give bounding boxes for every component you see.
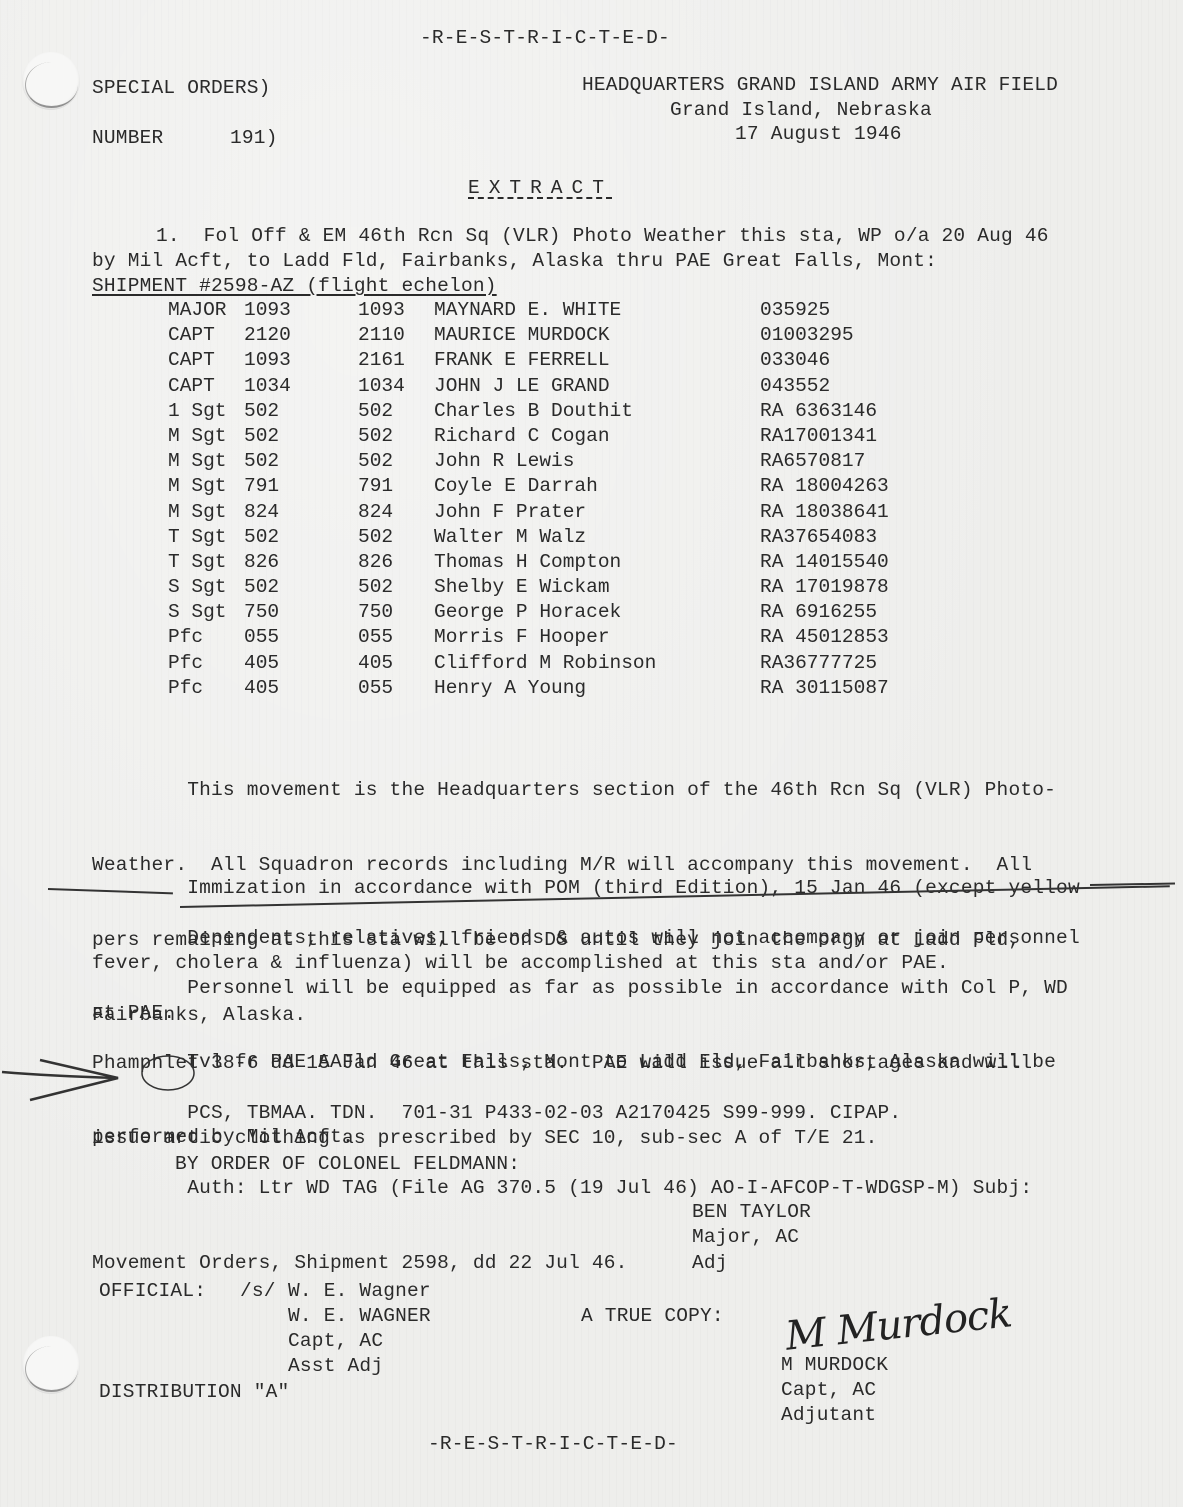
mos-primary: 1093 — [244, 348, 291, 373]
by-order-line: BY ORDER OF COLONEL FELDMANN: — [175, 1152, 520, 1177]
member-name: Coyle E Darrah — [434, 474, 598, 499]
order-number: 191) — [230, 126, 278, 151]
serial-number: 043552 — [760, 374, 830, 399]
true-copy-name: M MURDOCK — [781, 1353, 888, 1378]
serial-number: RA17001341 — [760, 424, 877, 449]
mos-duty: 826 — [358, 550, 393, 575]
serial-number: RA 30115087 — [760, 676, 889, 701]
member-name: MAYNARD E. WHITE — [434, 298, 621, 323]
rank: T Sgt — [168, 550, 227, 575]
member-name: John R Lewis — [434, 449, 574, 474]
serial-number: RA37654083 — [760, 525, 877, 550]
mos-primary: 1034 — [244, 374, 291, 399]
mos-primary: 824 — [244, 500, 279, 525]
para2-line: This movement is the Headquarters sectio… — [92, 778, 1056, 803]
mos-duty: 2161 — [358, 348, 405, 373]
member-name: MAURICE MURDOCK — [434, 323, 610, 348]
member-name: JOHN J LE GRAND — [434, 374, 610, 399]
member-name: Thomas H Compton — [434, 550, 621, 575]
mos-duty: 405 — [358, 651, 393, 676]
official-label: OFFICIAL: — [99, 1279, 206, 1304]
mos-primary: 502 — [244, 449, 279, 474]
special-orders-label: SPECIAL ORDERS) — [92, 76, 271, 101]
para7-line: Movement Orders, Shipment 2598, dd 22 Ju… — [92, 1251, 1032, 1276]
signatory-rank: Major, AC — [692, 1225, 799, 1250]
member-name: Charles B Douthit — [434, 399, 633, 424]
rank: 1 Sgt — [168, 399, 227, 424]
member-name: FRANK E FERRELL — [434, 348, 610, 373]
mos-duty: 502 — [358, 424, 393, 449]
mos-duty: 824 — [358, 500, 393, 525]
official-signed-marker: /s/ — [240, 1279, 276, 1304]
mos-duty: 055 — [358, 625, 393, 650]
serial-number: RA 18004263 — [760, 474, 889, 499]
mos-primary: 750 — [244, 600, 279, 625]
mos-duty: 502 — [358, 525, 393, 550]
rank: MAJOR — [168, 298, 227, 323]
serial-number: RA 14015540 — [760, 550, 889, 575]
rank: M Sgt — [168, 474, 227, 499]
rank: Pfc — [168, 676, 203, 701]
mos-primary: 791 — [244, 474, 279, 499]
mos-primary: 502 — [244, 525, 279, 550]
mos-duty: 750 — [358, 600, 393, 625]
serial-number: 033046 — [760, 348, 830, 373]
order-date: 17 August 1946 — [735, 122, 902, 147]
mos-primary: 055 — [244, 625, 279, 650]
serial-number: RA6570817 — [760, 449, 865, 474]
mos-primary: 502 — [244, 424, 279, 449]
mos-duty: 2110 — [358, 323, 405, 348]
para1-line2: by Mil Acft, to Ladd Fld, Fairbanks, Ala… — [92, 249, 937, 274]
para1-line1: 1. Fol Off & EM 46th Rcn Sq (VLR) Photo … — [156, 224, 1049, 249]
member-name: Henry A Young — [434, 676, 586, 701]
classification-top: -R-E-S-T-R-I-C-T-E-D- — [420, 26, 670, 51]
rank: S Sgt — [168, 575, 227, 600]
member-name: Richard C Cogan — [434, 424, 610, 449]
document-page: -R-E-S-T-R-I-C-T-E-D- SPECIAL ORDERS) NU… — [0, 0, 1183, 1507]
member-name: Clifford M Robinson — [434, 651, 656, 676]
mos-primary: 405 — [244, 651, 279, 676]
signatory-title: Adj — [692, 1251, 728, 1276]
mos-duty: 1093 — [358, 298, 405, 323]
headquarters-name: HEADQUARTERS GRAND ISLAND ARMY AIR FIELD — [582, 73, 1058, 98]
para5-line: Personnel will be equipped as far as pos… — [92, 976, 1068, 1001]
mos-primary: 2120 — [244, 323, 291, 348]
classification-bottom: -R-E-S-T-R-I-C-T-E-D- — [428, 1432, 678, 1457]
distribution-line: DISTRIBUTION "A" — [99, 1380, 289, 1405]
rank: S Sgt — [168, 600, 227, 625]
mos-primary: 826 — [244, 550, 279, 575]
serial-number: RA 45012853 — [760, 625, 889, 650]
member-name: Shelby E Wickam — [434, 575, 610, 600]
punch-hole — [22, 1336, 80, 1394]
mos-primary: 502 — [244, 575, 279, 600]
order-number-label: NUMBER — [92, 126, 163, 151]
true-copy-label: A TRUE COPY: — [581, 1304, 724, 1329]
official-rank: Capt, AC — [288, 1329, 383, 1354]
mos-primary: 502 — [244, 399, 279, 424]
para7: PCS, TBMAA. TDN. 701-31 P433-02-03 A2170… — [92, 1051, 1032, 1326]
rank: Pfc — [168, 625, 203, 650]
mos-duty: 502 — [358, 575, 393, 600]
rank: CAPT — [168, 348, 215, 373]
para7-line: Auth: Ltr WD TAG (File AG 370.5 (19 Jul … — [92, 1176, 1032, 1201]
serial-number: 01003295 — [760, 323, 854, 348]
rank: Pfc — [168, 651, 203, 676]
official-signed-name: W. E. Wagner — [288, 1279, 431, 1304]
serial-number: 035925 — [760, 298, 830, 323]
mos-duty: 502 — [358, 449, 393, 474]
serial-number: RA 17019878 — [760, 575, 889, 600]
mos-duty: 055 — [358, 676, 393, 701]
para7-line: PCS, TBMAA. TDN. 701-31 P433-02-03 A2170… — [92, 1101, 1032, 1126]
member-name: John F Prater — [434, 500, 586, 525]
document-title: EXTRACT — [468, 176, 613, 201]
official-title: Asst Adj — [288, 1354, 383, 1379]
mos-duty: 502 — [358, 399, 393, 424]
true-copy-rank: Capt, AC — [781, 1378, 876, 1403]
member-name: Morris F Hooper — [434, 625, 610, 650]
rank: T Sgt — [168, 525, 227, 550]
serial-number: RA 18038641 — [760, 500, 889, 525]
mos-duty: 791 — [358, 474, 393, 499]
official-name: W. E. WAGNER — [288, 1304, 431, 1329]
true-copy-title: Adjutant — [781, 1403, 876, 1428]
rank: M Sgt — [168, 500, 227, 525]
mos-duty: 1034 — [358, 374, 405, 399]
serial-number: RA 6363146 — [760, 399, 877, 424]
serial-number: RA36777725 — [760, 651, 877, 676]
headquarters-location: Grand Island, Nebraska — [670, 98, 932, 123]
mos-primary: 1093 — [244, 298, 291, 323]
punch-hole — [22, 52, 80, 110]
mos-primary: 405 — [244, 676, 279, 701]
rank: CAPT — [168, 323, 215, 348]
signatory-name: BEN TAYLOR — [692, 1200, 811, 1225]
hand-drawn-arrow-icon — [0, 1050, 200, 1110]
rank: M Sgt — [168, 424, 227, 449]
shipment-heading: SHIPMENT #2598-AZ (flight echelon) — [92, 274, 497, 299]
rank: CAPT — [168, 374, 215, 399]
rank: M Sgt — [168, 449, 227, 474]
serial-number: RA 6916255 — [760, 600, 877, 625]
member-name: George P Horacek — [434, 600, 621, 625]
member-name: Walter M Walz — [434, 525, 586, 550]
